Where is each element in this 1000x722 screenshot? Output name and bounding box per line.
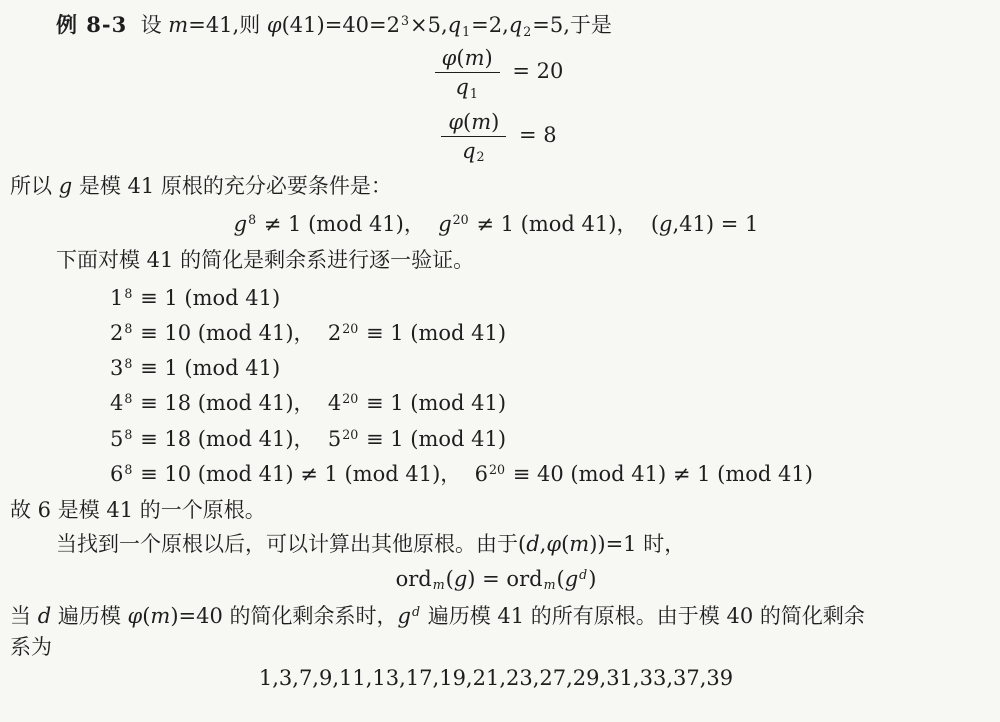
math-segment: 3 xyxy=(110,356,123,380)
math-segment: 20 xyxy=(341,321,359,336)
math-segment: φ xyxy=(128,604,143,628)
math-segment: 6 xyxy=(110,462,123,486)
formula-phi-over-q1: φ(m)q1 = 20 xyxy=(10,46,982,99)
math-segment: m xyxy=(569,532,589,556)
math-segment: 8 xyxy=(247,212,257,227)
residue-system-continuation: 系为 xyxy=(10,634,982,660)
math-segment: d xyxy=(526,532,539,556)
math-segment: m xyxy=(471,110,491,134)
math-segment: =41,则 xyxy=(188,13,267,37)
math-segment: ≡ 1 (mod 41) xyxy=(133,286,280,310)
math-segment: g xyxy=(234,212,247,236)
math-segment: 8 xyxy=(123,462,133,477)
math-segment: = 8 xyxy=(512,123,556,147)
math-segment: ≠ 1 (mod 41)， xyxy=(257,212,438,236)
math-segment: ))=1 时， xyxy=(589,532,685,556)
math-segment: (41)=40=2 xyxy=(282,13,400,37)
math-segment: 1,3,7,9,11,13,17,19,21,23,27,29,31,33,37… xyxy=(259,666,733,690)
math-segment: =2, xyxy=(471,13,509,37)
math-segment: 例 8-3 xyxy=(56,12,127,37)
math-segment: 8 xyxy=(123,391,133,406)
math-segment: ×5, xyxy=(410,13,448,37)
math-segment: 设 xyxy=(127,13,168,37)
fraction-numerator: φ(m) xyxy=(441,110,506,137)
math-segment: 系为 xyxy=(10,635,52,659)
math-segment: 8 xyxy=(123,427,133,442)
verification-line-2: 28 ≡ 10 (mod 41)， 220 ≡ 1 (mod 41) xyxy=(10,320,982,346)
math-segment: φ xyxy=(448,110,463,134)
example-intro-line: 例 8-3 设 m=41,则 φ(41)=40=23×5,q1=2,q2=5,于… xyxy=(10,12,982,38)
math-segment: 遍历模 41 的所有原根。由于模 40 的简化剩余 xyxy=(421,604,865,628)
math-segment: 20 xyxy=(341,427,359,442)
math-segment: 1 xyxy=(469,86,479,101)
math-segment: ≠ 1 (mod 41)， ( xyxy=(470,212,659,236)
math-segment: g xyxy=(398,604,411,628)
math-segment: q xyxy=(462,139,475,163)
math-segment: ord xyxy=(396,567,432,591)
math-segment: )=40 的简化剩余系时， xyxy=(170,604,397,628)
math-segment: ( xyxy=(463,110,471,134)
d-ranges-paragraph: 当 d 遍历模 φ(m)=40 的简化剩余系时，gd 遍历模 41 的所有原根。… xyxy=(10,600,982,633)
math-segment: ≡ 40 (mod 41) ≠ 1 (mod 41) xyxy=(506,462,813,486)
math-segment: 1 xyxy=(110,286,123,310)
math-segment: g xyxy=(59,174,72,198)
math-segment: φ xyxy=(442,46,457,70)
verification-line-1: 18 ≡ 1 (mod 41) xyxy=(10,285,982,311)
math-segment: 故 6 是模 41 的一个原根。 xyxy=(10,498,266,522)
reduced-residue-list: 1,3,7,9,11,13,17,19,21,23,27,29,31,33,37… xyxy=(10,665,982,691)
math-segment: ) xyxy=(588,567,596,591)
math-segment: q xyxy=(448,13,461,37)
math-segment: ≡ 10 (mod 41)， 2 xyxy=(133,321,341,345)
math-segment: ≡ 18 (mod 41)， 5 xyxy=(133,427,341,451)
math-segment: g xyxy=(438,212,451,236)
math-segment: 20 xyxy=(341,391,359,406)
necessary-condition-intro: 所以 g 是模 41 原根的充分必要条件是： xyxy=(10,173,982,199)
fraction: φ(m)q1 xyxy=(435,46,500,99)
math-segment: φ xyxy=(546,532,561,556)
math-segment: = 20 xyxy=(506,59,564,83)
math-segment: 当 xyxy=(10,604,38,628)
math-segment: g xyxy=(454,567,467,591)
primitive-root-condition-formula: g8 ≠ 1 (mod 41)， g20 ≠ 1 (mod 41)， (g,41… xyxy=(10,211,982,237)
verification-line-3: 38 ≡ 1 (mod 41) xyxy=(10,355,982,381)
math-segment: ≡ 1 (mod 41) xyxy=(133,356,280,380)
math-segment: d xyxy=(411,604,421,619)
verification-line-4: 48 ≡ 18 (mod 41)， 420 ≡ 1 (mod 41) xyxy=(10,390,982,416)
other-roots-paragraph: 当找到一个原根以后，可以计算出其他原根。由于(d,φ(m))=1 时， xyxy=(10,531,982,557)
math-segment: ≡ 1 (mod 41) xyxy=(359,427,506,451)
math-segment: 8 xyxy=(123,286,133,301)
verification-line-5: 58 ≡ 18 (mod 41)， 520 ≡ 1 (mod 41) xyxy=(10,426,982,452)
math-segment: 8 xyxy=(123,321,133,336)
math-segment: d xyxy=(38,604,51,628)
math-segment: ( xyxy=(456,46,464,70)
math-segment: d xyxy=(578,567,588,582)
math-segment: 下面对模 41 的简化是剩余系进行逐一验证。 xyxy=(56,248,474,272)
math-segment: 1 xyxy=(461,24,471,39)
math-segment: 5 xyxy=(110,427,123,451)
textbook-page: 例 8-3 设 m=41,则 φ(41)=40=23×5,q1=2,q2=5,于… xyxy=(0,0,1000,722)
conclusion-6-primitive-root: 故 6 是模 41 的一个原根。 xyxy=(10,497,982,523)
math-segment: 20 xyxy=(452,212,470,227)
math-segment: m xyxy=(465,46,485,70)
math-segment: q xyxy=(455,75,468,99)
math-segment: 2 xyxy=(522,24,532,39)
math-segment: m xyxy=(543,577,557,592)
math-segment: ( xyxy=(557,567,565,591)
math-segment: 2 xyxy=(110,321,123,345)
math-segment: m xyxy=(432,577,446,592)
math-segment: ) xyxy=(484,46,492,70)
math-segment: =5,于是 xyxy=(532,13,612,37)
math-segment: ≡ 10 (mod 41) ≠ 1 (mod 41)， 6 xyxy=(133,462,488,486)
math-segment: 当找到一个原根以后，可以计算出其他原根。由于( xyxy=(56,532,526,556)
math-segment: 3 xyxy=(400,13,410,28)
math-segment: 是模 41 原根的充分必要条件是： xyxy=(72,174,392,198)
formula-phi-over-q2: φ(m)q2 = 8 xyxy=(10,110,982,163)
fraction: φ(m)q2 xyxy=(441,110,506,163)
verification-intro: 下面对模 41 的简化是剩余系进行逐一验证。 xyxy=(10,247,982,273)
fraction-denominator: q2 xyxy=(462,137,485,163)
math-segment: ≡ 1 (mod 41) xyxy=(359,391,506,415)
math-segment: ) = ord xyxy=(467,567,542,591)
math-segment: ≡ 18 (mod 41)， 4 xyxy=(133,391,341,415)
fraction-numerator: φ(m) xyxy=(435,46,500,73)
math-segment: ( xyxy=(446,567,454,591)
math-segment: ,41) = 1 xyxy=(672,212,758,236)
math-segment: 所以 xyxy=(10,174,59,198)
math-segment: m xyxy=(150,604,170,628)
math-segment: g xyxy=(565,567,578,591)
math-segment: ) xyxy=(491,110,499,134)
math-segment: q xyxy=(509,13,522,37)
math-segment: 8 xyxy=(123,356,133,371)
math-segment: 遍历模 xyxy=(51,604,127,628)
math-segment: g xyxy=(659,212,672,236)
math-segment: 2 xyxy=(476,149,486,164)
math-segment: m xyxy=(168,13,188,37)
math-segment: ≡ 1 (mod 41) xyxy=(359,321,506,345)
fraction-denominator: q1 xyxy=(455,73,478,99)
math-segment: 4 xyxy=(110,391,123,415)
math-segment: φ xyxy=(267,13,282,37)
math-segment: 20 xyxy=(488,462,506,477)
order-equality-formula: ordm(g) = ordm(gd) xyxy=(10,566,982,592)
verification-line-6: 68 ≡ 10 (mod 41) ≠ 1 (mod 41)， 620 ≡ 40 … xyxy=(10,461,982,487)
